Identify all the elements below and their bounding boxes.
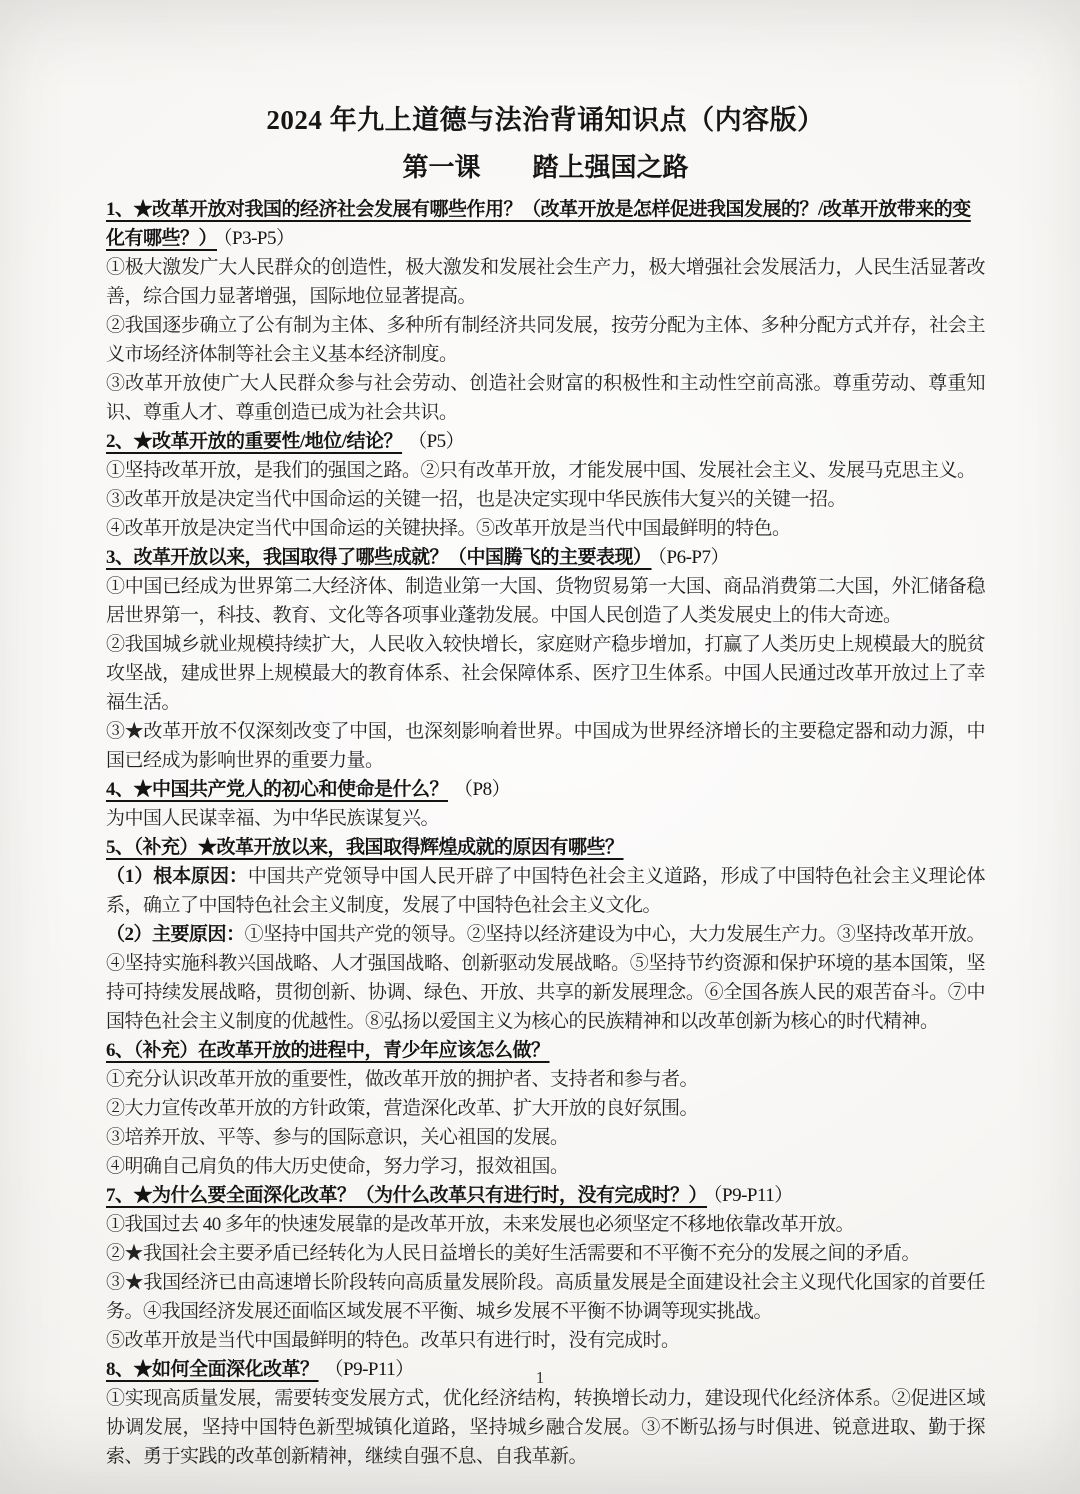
lesson-number: 第一课 bbox=[402, 153, 480, 182]
question-heading: 2、★改革开放的重要性/地位/结论？（P5） bbox=[106, 427, 985, 456]
page-ref: （P5） bbox=[408, 431, 464, 452]
answer-label: （2）主要原因： bbox=[106, 924, 245, 945]
question-body-paragraph: ②我国逐步确立了公有制为主体、多种所有制经济共同发展，按劳分配为主体、多种分配方… bbox=[106, 311, 985, 369]
question-block-3: 3、改革开放以来，我国取得了哪些成就？（中国腾飞的主要表现）（P6-P7） ①中… bbox=[106, 543, 985, 775]
question-body-paragraph: （1）根本原因：中国共产党领导中国人民开辟了中国特色社会主义道路，形成了中国特色… bbox=[106, 862, 985, 920]
question-body-paragraph: ④改革开放是决定当代中国命运的关键抉择。⑤改革开放是当代中国最鲜明的特色。 bbox=[106, 514, 985, 543]
page-ref: （P3-P5） bbox=[223, 228, 294, 249]
page-ref: （P9-P11） bbox=[713, 1185, 793, 1206]
question-block-2: 2、★改革开放的重要性/地位/结论？（P5） ①坚持改革开放，是我们的强国之路。… bbox=[106, 427, 985, 543]
question-heading: 4、★中国共产党人的初心和使命是什么？（P8） bbox=[106, 775, 985, 804]
question-heading: 3、改革开放以来，我国取得了哪些成就？（中国腾飞的主要表现）（P6-P7） bbox=[106, 543, 985, 572]
question-body-paragraph: ①中国已经成为世界第二大经济体、制造业第一大国、货物贸易第一大国、商品消费第二大… bbox=[106, 572, 985, 630]
question-block-4: 4、★中国共产党人的初心和使命是什么？（P8） 为中国人民谋幸福、为中华民族谋复… bbox=[106, 775, 985, 833]
question-body-paragraph: ③★我国经济已由高速增长阶段转向高质量发展阶段。高质量发展是全面建设社会主义现代… bbox=[106, 1268, 985, 1326]
question-heading: 6、（补充）在改革开放的进程中，青少年应该怎么做？ bbox=[106, 1036, 985, 1065]
page-title: 2024 年九上道德与法治背诵知识点（内容版） bbox=[106, 100, 985, 140]
question-body-paragraph: ②大力宣传改革开放的方针政策，营造深化改革、扩大开放的良好氛围。 bbox=[106, 1094, 985, 1123]
question-body-paragraph: ①坚持改革开放，是我们的强国之路。②只有改革开放，才能发展中国、发展社会主义、发… bbox=[106, 456, 985, 485]
page-number: 1 bbox=[0, 1368, 1080, 1388]
answer-label: （1）根本原因： bbox=[106, 866, 248, 887]
question-body-paragraph: ④明确自己肩负的伟大历史使命，努力学习，报效祖国。 bbox=[106, 1152, 985, 1181]
scanned-document-page: 2024 年九上道德与法治背诵知识点（内容版） 第一课踏上强国之路 1、★改革开… bbox=[0, 0, 1080, 1494]
question-body-paragraph: ③改革开放使广大人民群众参与社会劳动、创造社会财富的积极性和主动性空前高涨。尊重… bbox=[106, 369, 985, 427]
page-ref: （P8） bbox=[454, 779, 510, 800]
question-body-paragraph: ③★改革开放不仅深刻改变了中国，也深刻影响着世界。中国成为世界经济增长的主要稳定… bbox=[106, 717, 985, 775]
question-block-1: 1、★改革开放对我国的经济社会发展有哪些作用？（改革开放是怎样促进我国发展的？/… bbox=[106, 195, 985, 427]
page-ref: （P6-P7） bbox=[658, 547, 729, 568]
question-body-paragraph: ①实现高质量发展，需要转变发展方式，优化经济结构，转换增长动力，建设现代化经济体… bbox=[106, 1384, 985, 1471]
question-block-6: 6、（补充）在改革开放的进程中，青少年应该怎么做？ ①充分认识改革开放的重要性，… bbox=[106, 1036, 985, 1181]
question-body-paragraph: 为中国人民谋幸福、为中华民族谋复兴。 bbox=[106, 804, 985, 833]
question-body-paragraph: ①我国过去 40 多年的快速发展靠的是改革开放，未来发展也必须坚定不移地依靠改革… bbox=[106, 1210, 985, 1239]
question-body-paragraph: ①充分认识改革开放的重要性，做改革开放的拥护者、支持者和参与者。 bbox=[106, 1065, 985, 1094]
question-body-paragraph: ②我国城乡就业规模持续扩大，人民收入较快增长，家庭财产稳步增加，打赢了人类历史上… bbox=[106, 630, 985, 717]
question-heading: 5、（补充）★改革开放以来，我国取得辉煌成就的原因有哪些？ bbox=[106, 833, 985, 862]
question-block-5: 5、（补充）★改革开放以来，我国取得辉煌成就的原因有哪些？ （1）根本原因：中国… bbox=[106, 833, 985, 1036]
question-body-paragraph: （2）主要原因：①坚持中国共产党的领导。②坚持以经济建设为中心，大力发展生产力。… bbox=[106, 920, 985, 1036]
question-body-paragraph: ①极大激发广大人民群众的创造性，极大激发和发展社会生产力，极大增强社会发展活力，… bbox=[106, 253, 985, 311]
question-body-paragraph: ②★我国社会主要矛盾已经转化为人民日益增长的美好生活需要和不平衡不充分的发展之间… bbox=[106, 1239, 985, 1268]
question-heading: 7、★为什么要全面深化改革？（为什么改革只有进行时，没有完成时？）（P9-P11… bbox=[106, 1181, 985, 1210]
question-heading: 1、★改革开放对我国的经济社会发展有哪些作用？（改革开放是怎样促进我国发展的？/… bbox=[106, 195, 985, 253]
question-body-paragraph: ⑤改革开放是当代中国最鲜明的特色。改革只有进行时，没有完成时。 bbox=[106, 1326, 985, 1355]
question-body-paragraph: ③培养开放、平等、参与的国际意识，关心祖国的发展。 bbox=[106, 1123, 985, 1152]
question-body-paragraph: ③改革开放是决定当代中国命运的关键一招，也是决定实现中华民族伟大复兴的关键一招。 bbox=[106, 485, 985, 514]
lesson-name: 踏上强国之路 bbox=[533, 153, 689, 182]
question-block-7: 7、★为什么要全面深化改革？（为什么改革只有进行时，没有完成时？）（P9-P11… bbox=[106, 1181, 985, 1355]
lesson-title: 第一课踏上强国之路 bbox=[106, 148, 985, 188]
